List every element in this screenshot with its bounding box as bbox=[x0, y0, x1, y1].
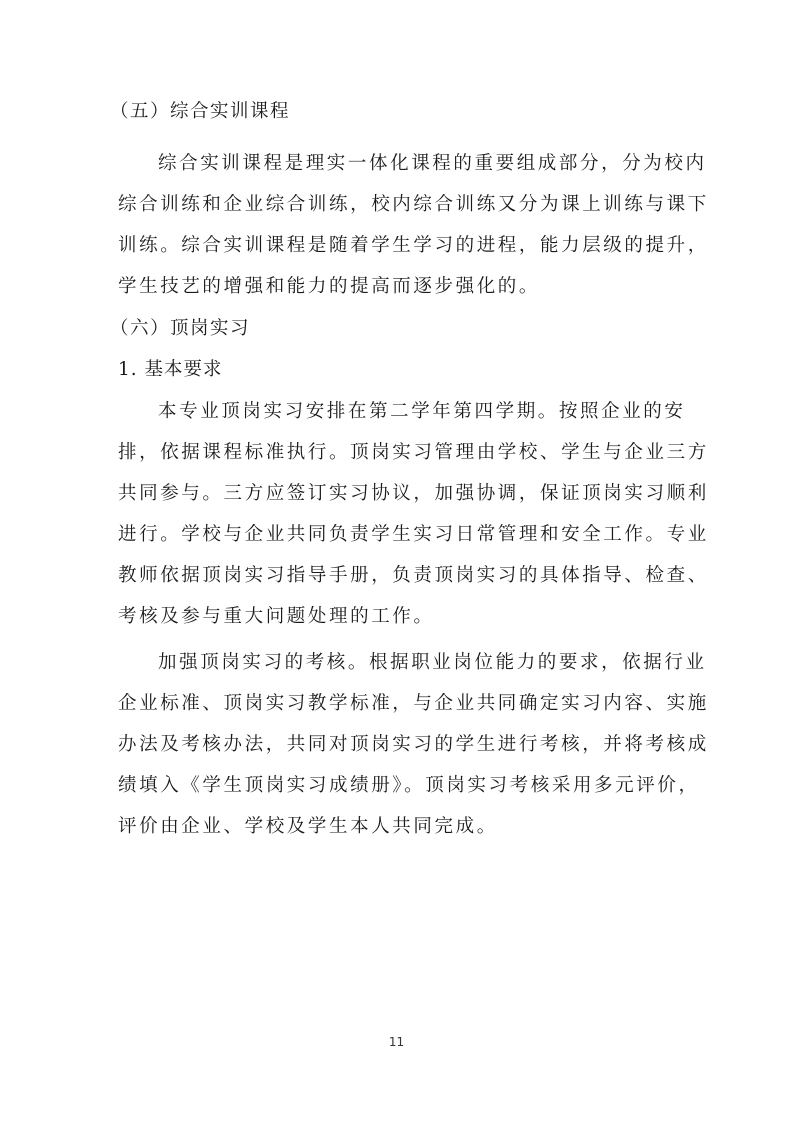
paragraph-line: 办法及考核办法，共同对顶岗实习的学生进行考核，并将考核成 bbox=[118, 733, 709, 757]
section-heading-internship: （六）顶岗实习 bbox=[110, 317, 250, 341]
page-number: 11 bbox=[0, 1035, 793, 1049]
document-page: （五）综合实训课程 综合实训课程是理实一体化课程的重要组成部分，分为校内 综合训… bbox=[0, 0, 793, 1122]
paragraph-line: 企业标准、顶岗实习教学标准，与企业共同确定实习内容、实施 bbox=[118, 692, 709, 716]
paragraph-line: 绩填入《学生顶岗实习成绩册》。顶岗实习考核采用多元评价， bbox=[118, 774, 700, 798]
subheading-basic-requirements: 1. 基本要求 bbox=[118, 358, 223, 382]
section-heading-comprehensive-training: （五）综合实训课程 bbox=[110, 100, 290, 124]
paragraph-line: 教师依据顶岗实习指导手册，负责顶岗实习的具体指导、检查、 bbox=[118, 564, 709, 588]
paragraph-line: 本专业顶岗实习安排在第二学年第四学期。按照企业的安 bbox=[158, 400, 686, 424]
paragraph-line: 学生技艺的增强和能力的提高而逐步强化的。 bbox=[118, 275, 540, 299]
paragraph-line: 进行。学校与企业共同负责学生实习日常管理和安全工作。专业 bbox=[118, 523, 709, 547]
paragraph-line: 综合实训课程是理实一体化课程的重要组成部分，分为校内 bbox=[158, 152, 707, 176]
paragraph-line: 综合训练和企业综合训练，校内综合训练又分为课上训练与课下 bbox=[118, 193, 709, 217]
paragraph-line: 评价由企业、学校及学生本人共同完成。 bbox=[118, 815, 498, 839]
paragraph-line: 训练。综合实训课程是随着学生学习的进程，能力层级的提升， bbox=[118, 234, 709, 258]
paragraph-line: 加强顶岗实习的考核。根据职业岗位能力的要求，依据行业 bbox=[158, 651, 707, 675]
paragraph-line: 排，依据课程标准执行。顶岗实习管理由学校、学生与企业三方 bbox=[118, 441, 709, 465]
paragraph-line: 共同参与。三方应签订实习协议，加强协调，保证顶岗实习顺利 bbox=[118, 482, 709, 506]
paragraph-line: 考核及参与重大问题处理的工作。 bbox=[118, 605, 435, 629]
